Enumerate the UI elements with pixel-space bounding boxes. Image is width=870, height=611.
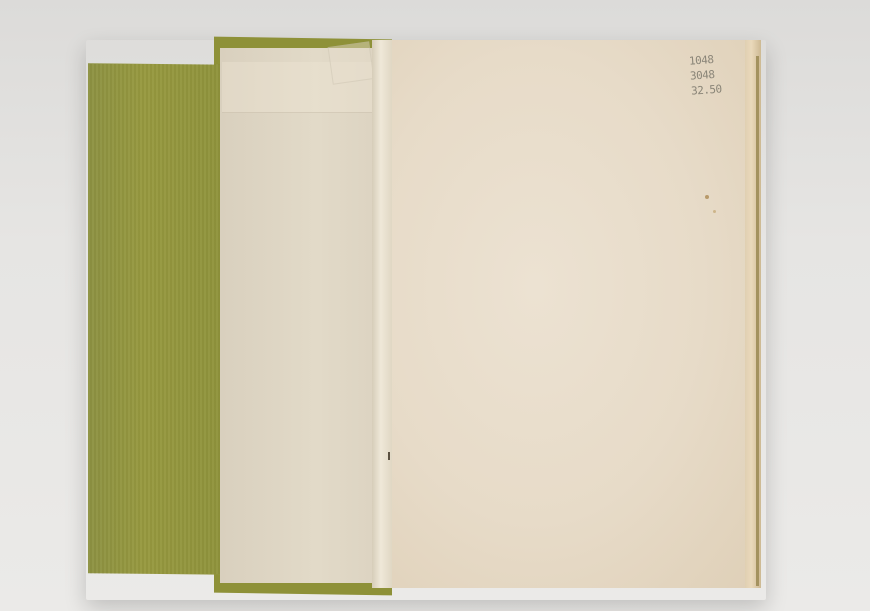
right-page: [392, 40, 750, 588]
spine-mark: [388, 452, 390, 460]
tape-piece: [328, 41, 375, 84]
page-edge-shadow: [756, 56, 759, 586]
spine-gutter: [372, 40, 394, 588]
endpaper-flyleaf: [220, 48, 380, 583]
pencil-notation: 1048 3048 32.50: [688, 50, 739, 98]
foxing-spot: [713, 210, 716, 213]
foxing-spot: [705, 195, 709, 199]
cover-texture: [88, 64, 228, 574]
